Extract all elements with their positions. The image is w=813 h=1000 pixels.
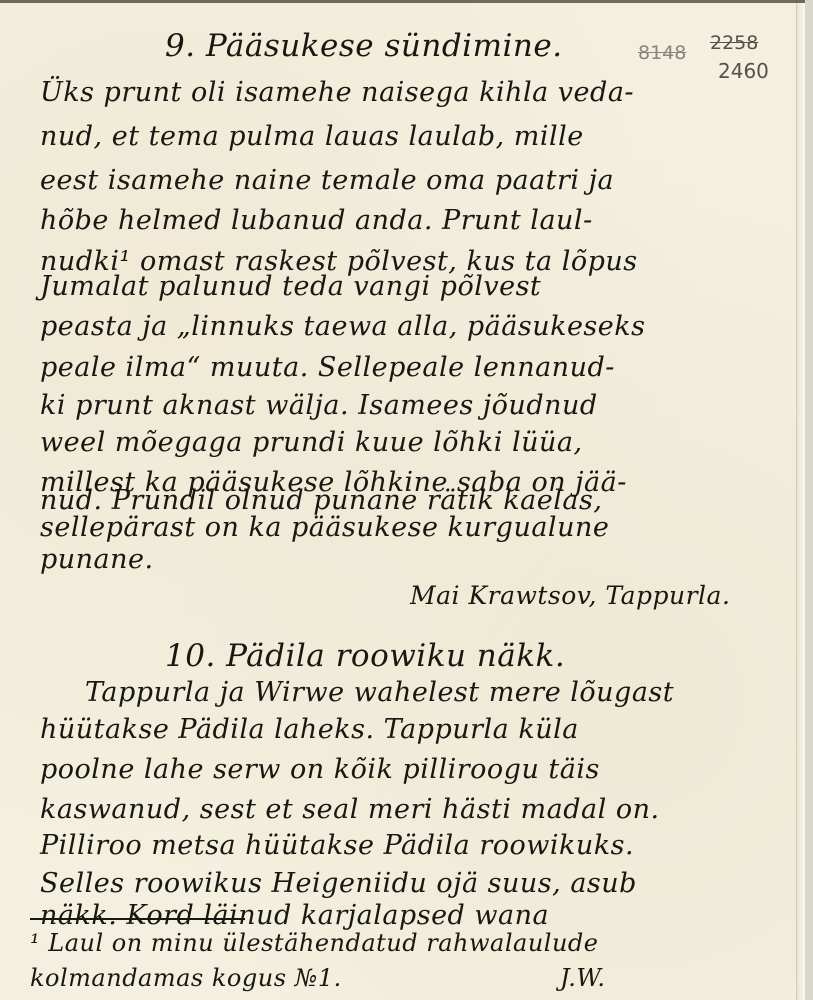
story-10-line: Selles roowikus Heigeniidu ojä suus, asu… [40, 869, 637, 899]
manuscript-page: 8148 2258 2460 9. Pääsukese sündimine. Ü… [0, 0, 805, 1000]
story-9-signature: Mai Krawtsov, Tappurla. [410, 581, 730, 611]
archive-number-struck-1: 8148 [638, 41, 686, 65]
footnote-line: kolmandamas kogus №1. [30, 963, 342, 993]
story-9-line: punane. [40, 545, 154, 575]
story-9-line: Jumalat palunud teda vangi põlvest [40, 272, 541, 302]
footnote-line: ¹ Laul on minu ülestähendatud rahwalaulu… [30, 928, 599, 958]
page-edge [796, 3, 805, 1000]
story-10-line: poolne lahe serw on kõik pilliroogu täis [40, 755, 600, 785]
archive-number-current: 2460 [718, 59, 769, 83]
story-9-line: weel mõegaga prundi kuue lõhki lüüa, [40, 428, 583, 458]
story-9-line: peale ilma“ muuta. Sellepeale lennanud- [40, 353, 615, 383]
footnote-initials: J.W. [560, 963, 606, 993]
story-9-line: Üks prunt oli isamehe naisega kihla veda… [40, 78, 634, 108]
story-9-line: peasta ja „linnuks taewa alla, pääsukese… [40, 312, 645, 342]
story-9-heading: 9. Pääsukese sündimine. [165, 31, 563, 61]
story-9-line: hõbe helmed lubanud anda. Prunt laul- [40, 206, 593, 236]
story-9-line: nud, et tema pulma lauas laulab, mille [40, 122, 584, 152]
story-9-line: sellepärast on ka pääsukese kurgualune [40, 513, 609, 543]
story-10-line: Pilliroo metsa hüütakse Pädila roowikuks… [40, 831, 634, 861]
story-10-line: kaswanud, sest et seal meri hästi madal … [40, 795, 660, 825]
archive-number-struck-2: 2258 [710, 31, 758, 55]
story-9-line: eest isamehe naine temale oma paatri ja [40, 166, 614, 196]
footnote-divider [30, 918, 245, 920]
story-10-line: näkk. Kord läinud karjalapsed wana [40, 901, 549, 931]
story-10-line: Tappurla ja Wirwe wahelest mere lõugast [85, 678, 674, 708]
story-10-heading: 10. Pädila roowiku näkk. [165, 641, 565, 671]
story-9-line: ki prunt aknast wälja. Isamees jõudnud [40, 391, 598, 421]
story-10-line: hüütakse Pädila laheks. Tappurla küla [40, 715, 579, 745]
